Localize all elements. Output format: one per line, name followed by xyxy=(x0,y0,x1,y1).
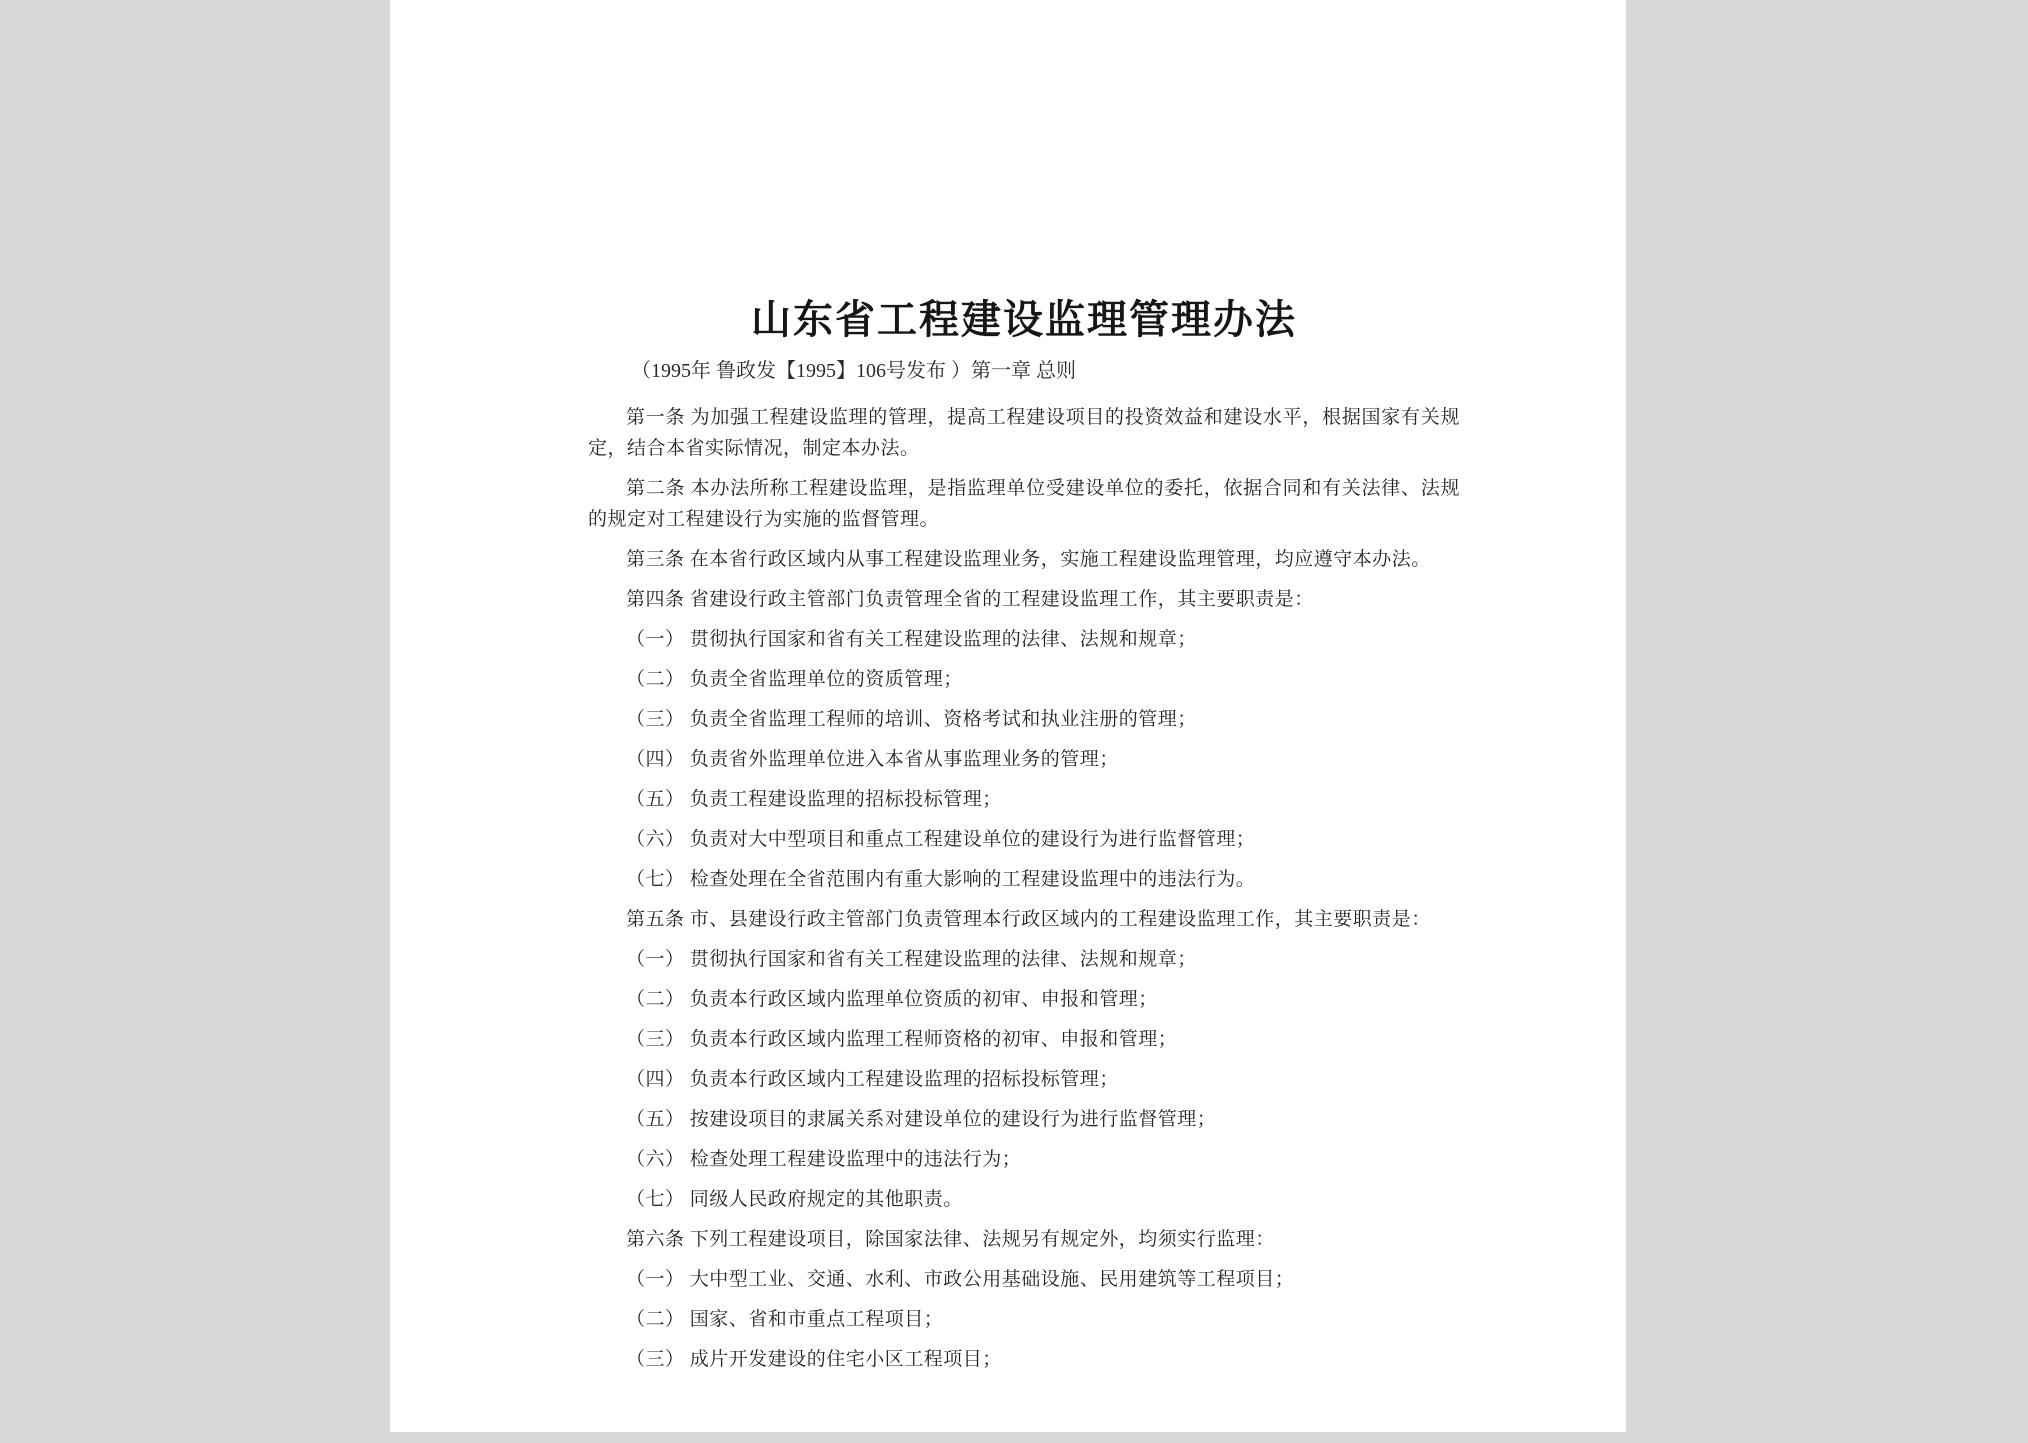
paragraph: （五） 按建设项目的隶属关系对建设单位的建设行为进行监督管理； xyxy=(588,1104,1460,1135)
screenshot-root: { "colors": { "background": "#d8d8d8", "… xyxy=(0,0,2028,1443)
paragraph: （四） 负责省外监理单位进入本省从事监理业务的管理； xyxy=(588,744,1460,775)
paragraph: （四） 负责本行政区域内工程建设监理的招标投标管理； xyxy=(588,1064,1460,1095)
paragraph: （二） 国家、省和市重点工程项目； xyxy=(588,1304,1460,1335)
paragraph: （一） 大中型工业、交通、水利、市政公用基础设施、民用建筑等工程项目； xyxy=(588,1264,1460,1295)
paragraph: （三） 负责本行政区域内监理工程师资格的初审、申报和管理； xyxy=(588,1024,1460,1055)
paragraph: （七） 同级人民政府规定的其他职责。 xyxy=(588,1184,1460,1215)
paragraph: （一） 贯彻执行国家和省有关工程建设监理的法律、法规和规章； xyxy=(588,944,1460,975)
paragraph: 第六条 下列工程建设项目，除国家法律、法规另有规定外，均须实行监理： xyxy=(588,1224,1460,1255)
paragraph: （二） 负责全省监理单位的资质管理； xyxy=(588,664,1460,695)
paragraph: 第二条 本办法所称工程建设监理，是指监理单位受建设单位的委托，依据合同和有关法律… xyxy=(588,473,1460,535)
paragraph: （三） 成片开发建设的住宅小区工程项目； xyxy=(588,1344,1460,1375)
paragraph: 第五条 市、县建设行政主管部门负责管理本行政区域内的工程建设监理工作，其主要职责… xyxy=(588,904,1460,935)
page-title: 山东省工程建设监理管理办法 xyxy=(588,296,1460,344)
paragraph: （五） 负责工程建设监理的招标投标管理； xyxy=(588,784,1460,815)
paragraph: （一） 贯彻执行国家和省有关工程建设监理的法律、法规和规章； xyxy=(588,624,1460,655)
page-subtitle: （1995年 鲁政发【1995】106号发布 ）第一章 总则 xyxy=(588,358,1460,384)
paragraph: （六） 检查处理工程建设监理中的违法行为； xyxy=(588,1144,1460,1175)
paragraph: 第三条 在本省行政区域内从事工程建设监理业务，实施工程建设监理管理，均应遵守本办… xyxy=(588,544,1460,575)
paragraph: （二） 负责本行政区域内监理单位资质的初审、申报和管理； xyxy=(588,984,1460,1015)
paragraph: （七） 检查处理在全省范围内有重大影响的工程建设监理中的违法行为。 xyxy=(588,864,1460,895)
paragraph: 第一条 为加强工程建设监理的管理，提高工程建设项目的投资效益和建设水平，根据国家… xyxy=(588,402,1460,464)
paragraph: （三） 负责全省监理工程师的培训、资格考试和执业注册的管理； xyxy=(588,704,1460,735)
paragraph: 第四条 省建设行政主管部门负责管理全省的工程建设监理工作，其主要职责是： xyxy=(588,584,1460,615)
paragraph: （六） 负责对大中型项目和重点工程建设单位的建设行为进行监督管理； xyxy=(588,824,1460,855)
document-page: 山东省工程建设监理管理办法 （1995年 鲁政发【1995】106号发布 ）第一… xyxy=(390,0,1626,1432)
document-body: 第一条 为加强工程建设监理的管理，提高工程建设项目的投资效益和建设水平，根据国家… xyxy=(588,402,1460,1375)
